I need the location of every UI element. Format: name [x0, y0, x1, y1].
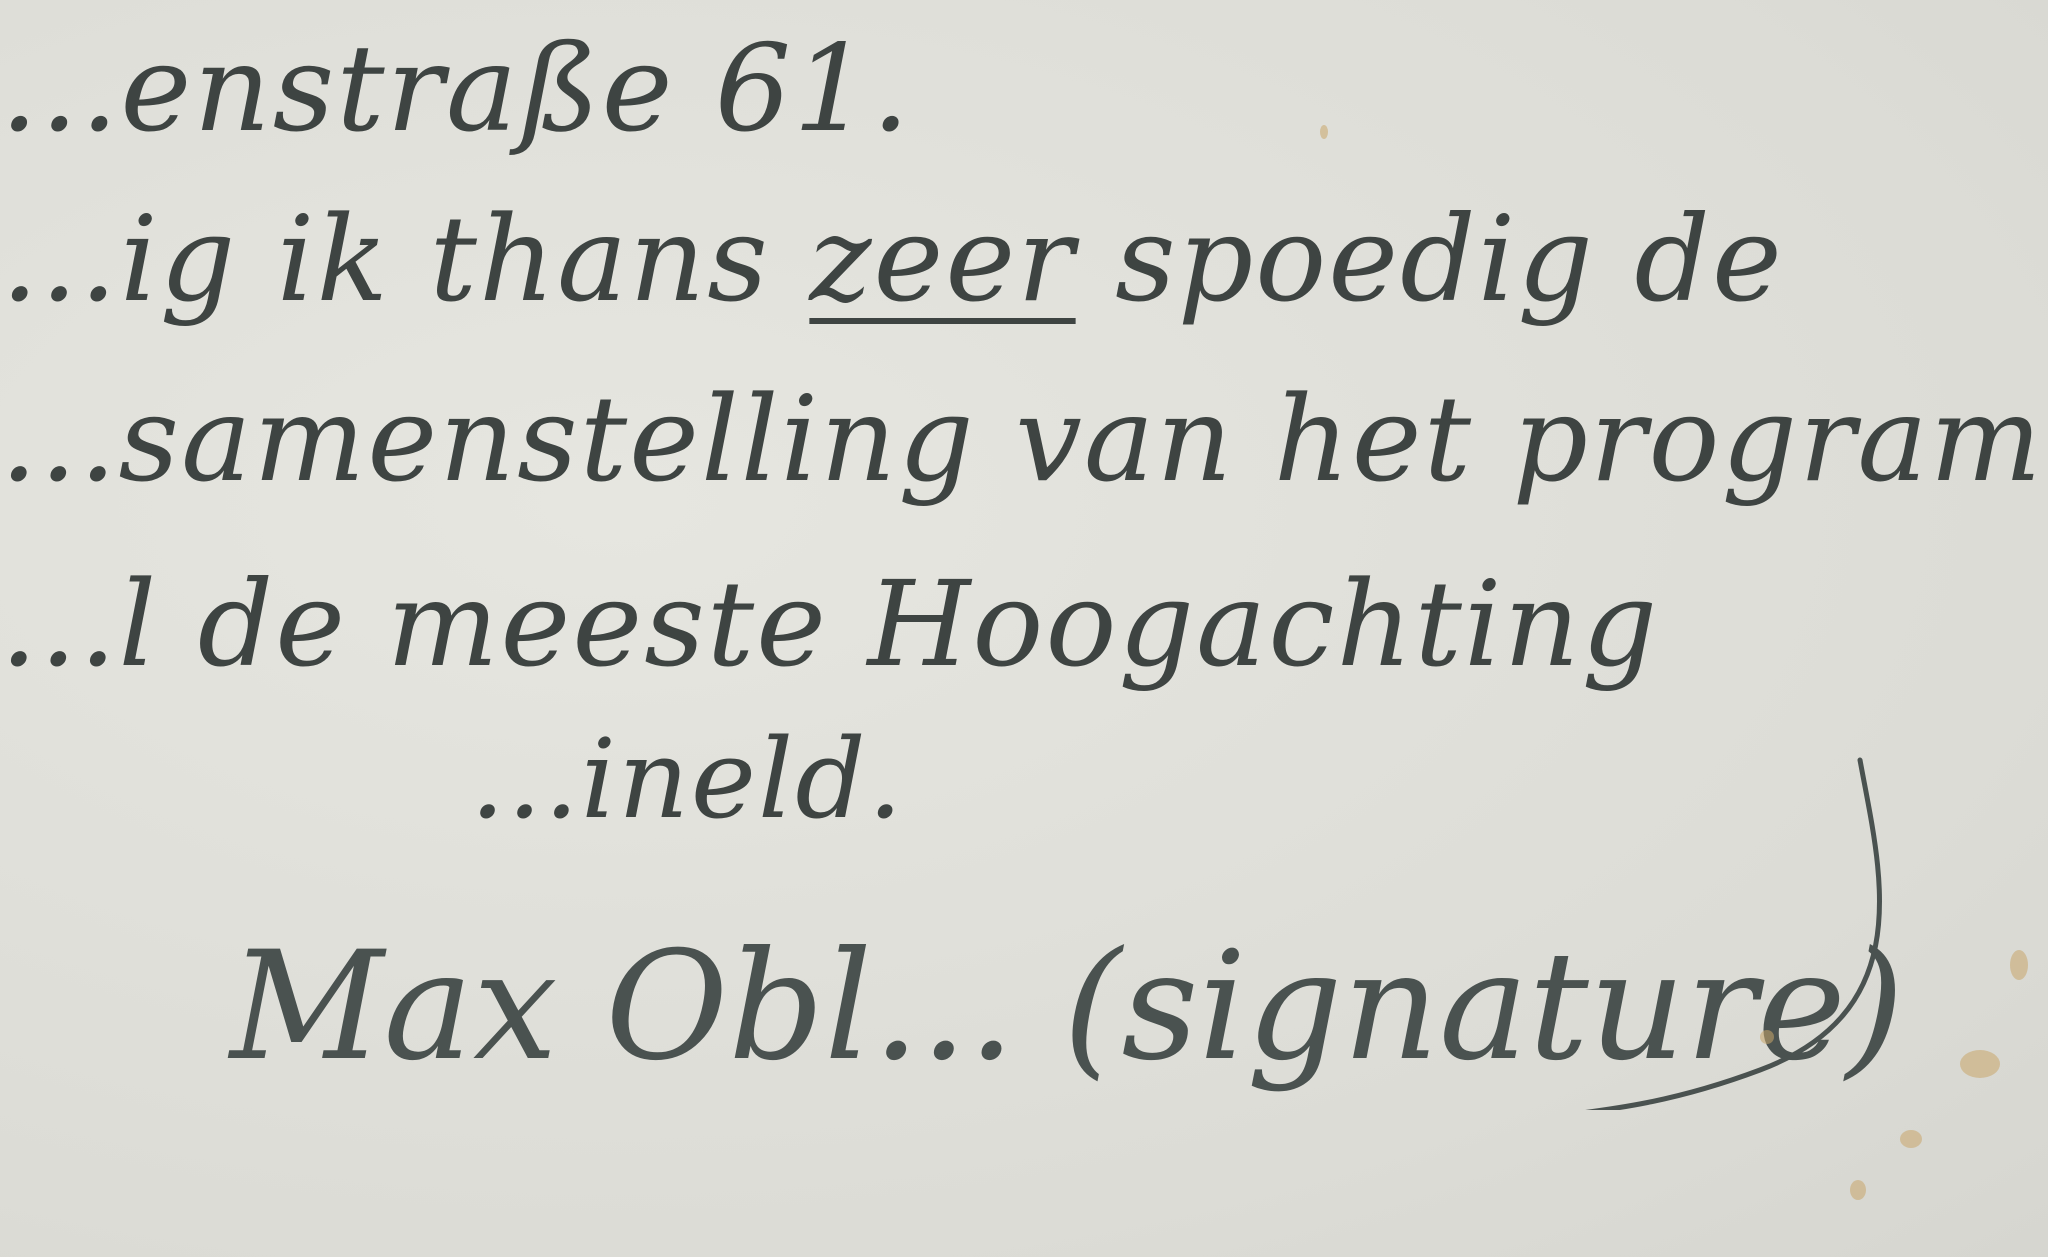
text-line-2-a: …ig ik thans — [0, 190, 809, 328]
foxing-stain — [1760, 1030, 1774, 1044]
underlined-word: zeer — [809, 190, 1075, 328]
foxing-stain — [1320, 125, 1328, 139]
text-line-3: ...samenstelling van het programm... — [0, 370, 2048, 508]
text-line-5: ...ineld. — [470, 715, 905, 843]
foxing-stain — [2010, 950, 2028, 980]
foxing-stain — [1850, 1180, 1866, 1200]
text-line-2: …ig ik thans zeer spoedig de — [0, 190, 1784, 328]
letter-page: ...enstraße 61. …ig ik thans zeer spoedi… — [0, 0, 2048, 1257]
foxing-stain — [1960, 1050, 2000, 1078]
signature-flourish-icon — [1500, 750, 1920, 1110]
text-line-4: ...l de meeste Hoogachting — [0, 555, 1659, 693]
text-line-2-b: spoedig de — [1076, 190, 1784, 328]
address-line: ...enstraße 61. — [0, 20, 912, 159]
foxing-stain — [1900, 1130, 1922, 1148]
